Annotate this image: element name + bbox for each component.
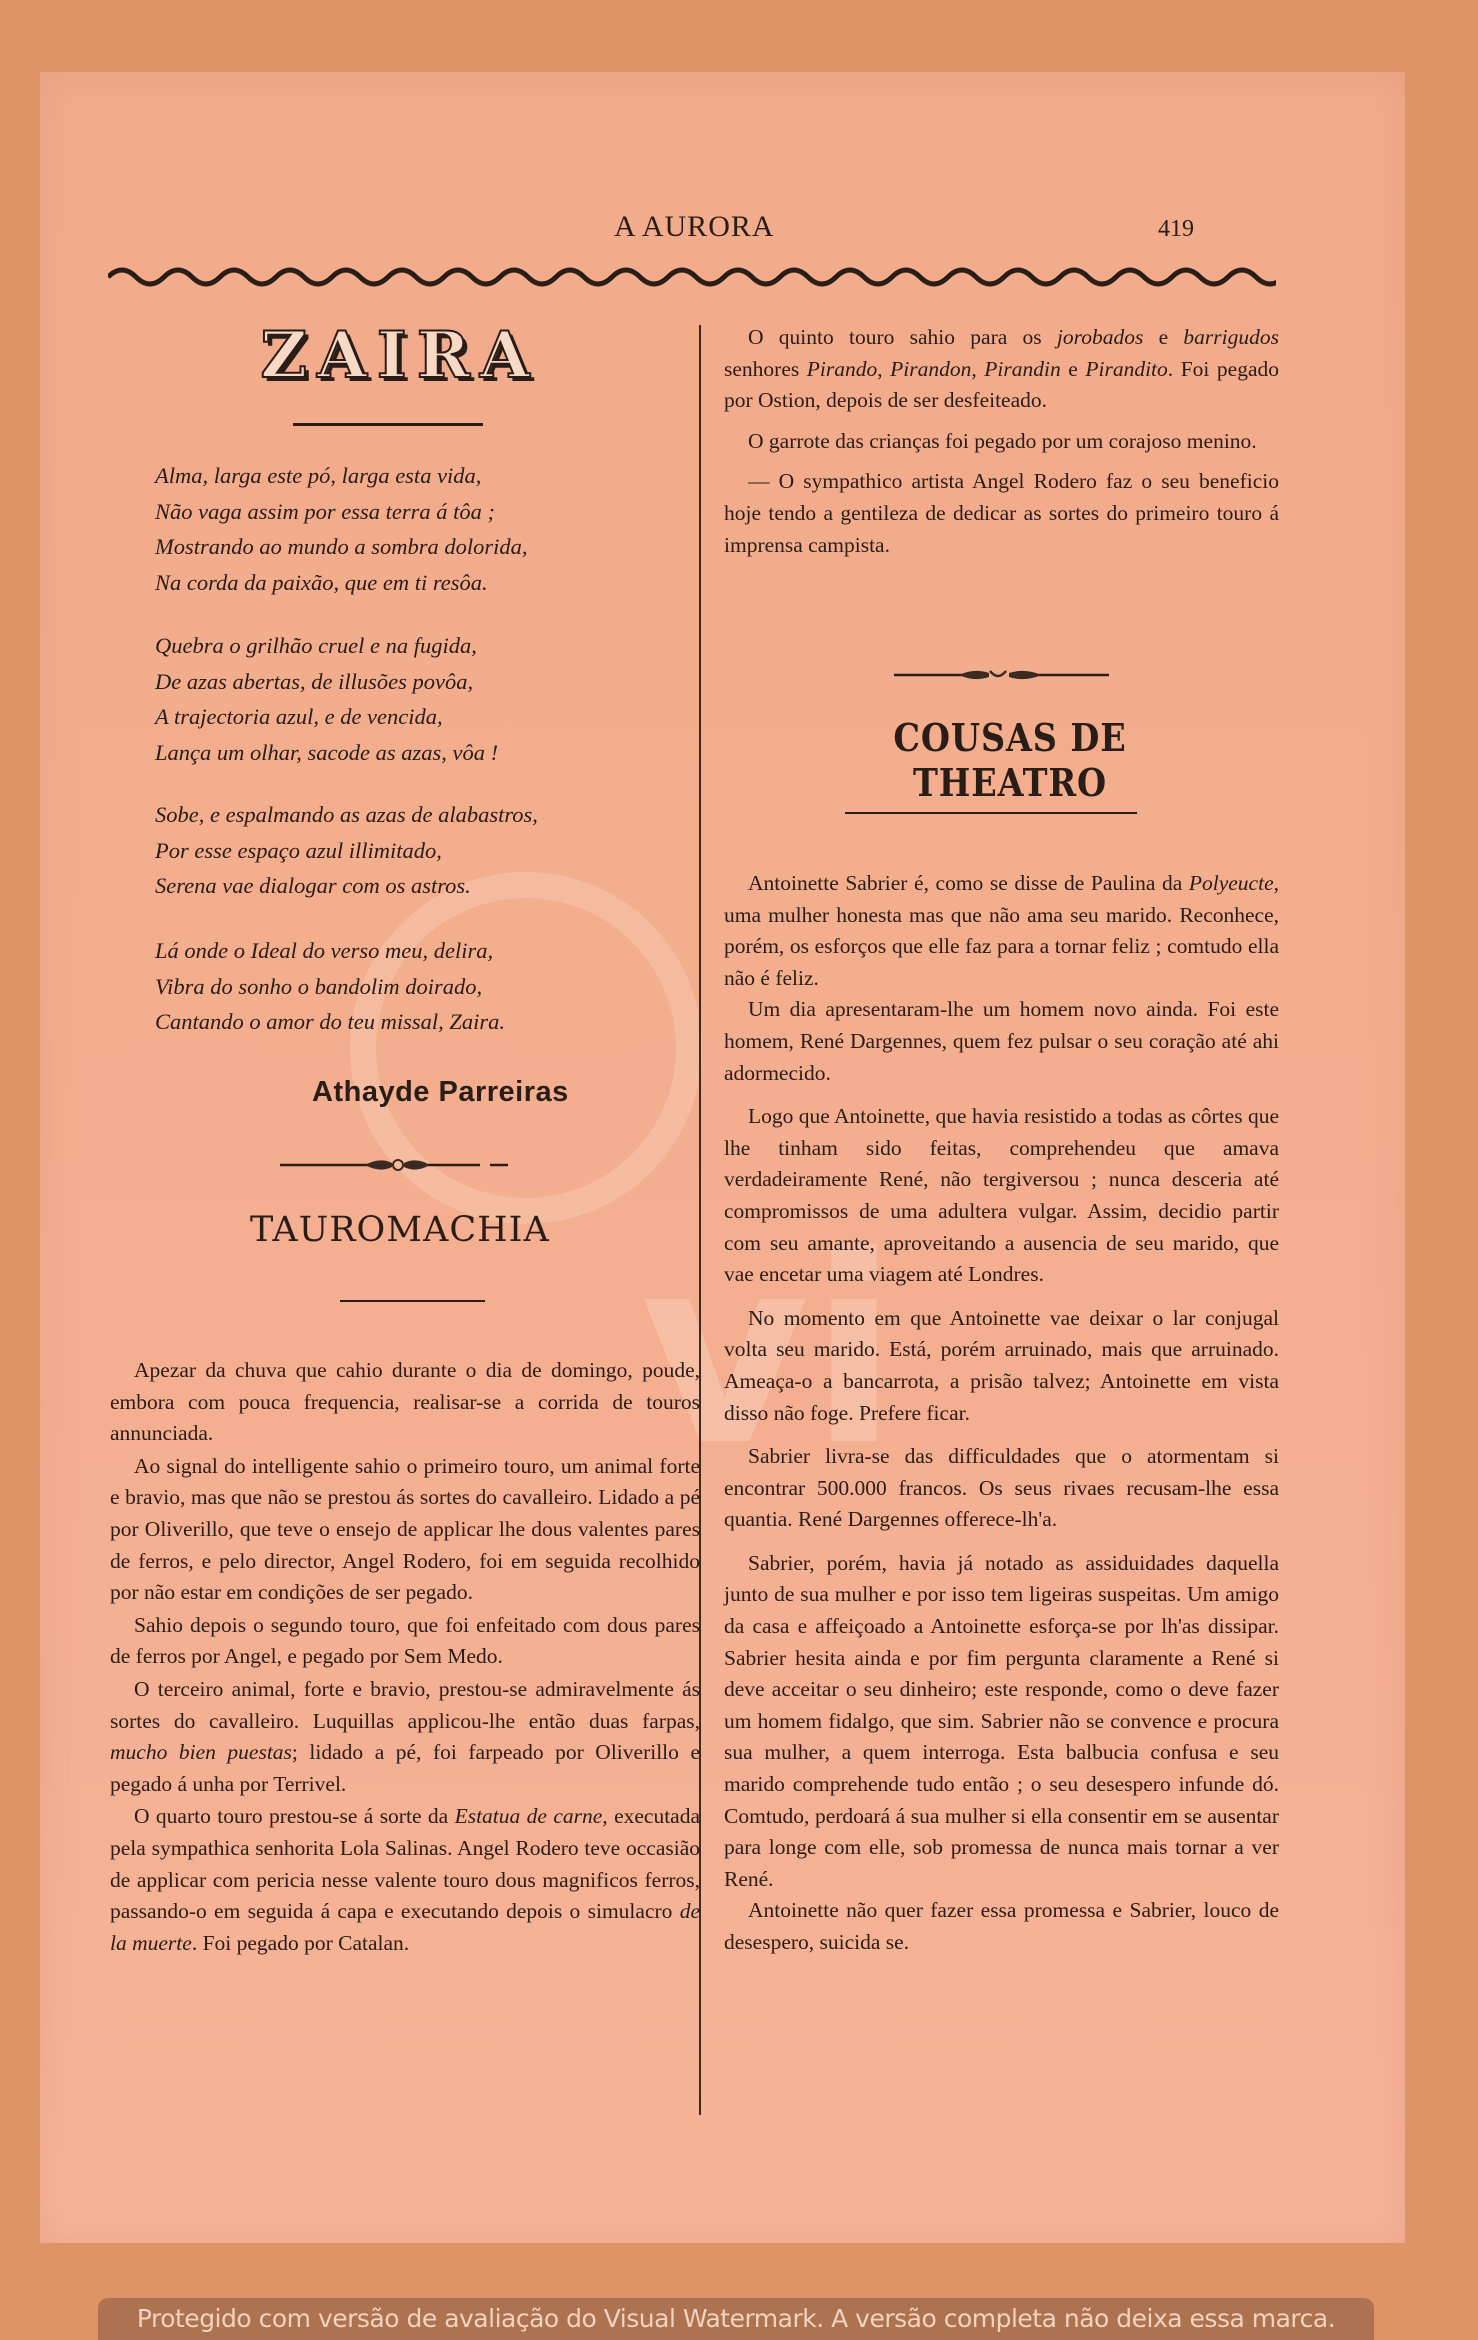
verse: Alma, larga este pó, larga esta vida, (155, 458, 695, 494)
article-body-tauromachia-continued: O quinto touro sahio para os jorobados e… (724, 322, 1279, 561)
text-run: Antoinette Sabrier é, como se disse de P… (748, 871, 1189, 895)
paragraph: Sahio depois o segundo touro, que foi en… (110, 1610, 700, 1673)
text-run: O terceiro animal, forte e bravio, prest… (110, 1677, 700, 1733)
verse: Sobe, e espalmando as azas de alabastros… (155, 797, 695, 833)
article-title-tauromachia: TAUROMACHIA (250, 1210, 570, 1250)
italic-name: Pirando (807, 357, 877, 381)
verse: Vibra do sonho o bandolim doirado, (155, 969, 695, 1005)
paragraph: O quarto touro prestou-se á sorte da Est… (110, 1801, 700, 1959)
article-title-theatro: COUSAS DE THEATRO (812, 715, 1208, 805)
italic-phrase: Polyeucte (1189, 871, 1274, 895)
italic-phrase: barrigudos (1183, 325, 1279, 349)
text-run: e (1143, 325, 1183, 349)
page-number: 419 (1158, 216, 1194, 243)
title-rule (845, 812, 1137, 814)
verse: Quebra o grilhão cruel e na fugida, (155, 628, 695, 664)
italic-name: Pirandito (1085, 357, 1167, 381)
paragraph: O terceiro animal, forte e bravio, prest… (110, 1674, 700, 1800)
text-run: , (877, 357, 890, 381)
title-rule (293, 423, 483, 426)
poem-title: ZAIRA (200, 318, 600, 393)
verse: A trajectoria azul, e de vencida, (155, 699, 695, 735)
verse: Cantando o amor do teu missal, Zaira. (155, 1004, 695, 1040)
text-run: . Foi pegado por Catalan. (192, 1931, 409, 1955)
verse: Não vaga assim por essa terra á tôa ; (155, 494, 695, 530)
paragraph: Ao signal do intelligente sahio o primei… (110, 1451, 700, 1609)
italic-phrase: mucho bien puestas (110, 1740, 292, 1764)
paragraph: Sabrier, porém, havia já notado as assid… (724, 1548, 1279, 1896)
newspaper-page: vi A AURORA 419 ZAIRA Alma, larga este p… (40, 72, 1405, 2243)
text-run: O quarto touro prestou-se á sorte da (134, 1804, 455, 1828)
paragraph: Antoinette Sabrier é, como se disse de P… (724, 868, 1279, 994)
italic-phrase: Estatua de carne (455, 1804, 603, 1828)
poem-stanza-2: Quebra o grilhão cruel e na fugida, De a… (155, 628, 695, 770)
paragraph: Logo que Antoinette, que havia resistido… (724, 1101, 1279, 1291)
paragraph: Antoinette não quer fazer essa promessa … (724, 1895, 1279, 1958)
section-ornament-divider (280, 1155, 510, 1175)
article-body-tauromachia: Apezar da chuva que cahio durante o dia … (110, 1355, 700, 1959)
text-run: e (1061, 357, 1086, 381)
verse: Mostrando ao mundo a sombra dolorida, (155, 529, 695, 565)
wave-divider-ornament (108, 262, 1276, 292)
italic-name: Pirandin (984, 357, 1060, 381)
poem-stanza-3: Sobe, e espalmando as azas de alabastros… (155, 797, 695, 904)
poem-stanza-1: Alma, larga este pó, larga esta vida, Nã… (155, 458, 695, 600)
verse: Serena vae dialogar com os astros. (155, 868, 695, 904)
text-run: senhores (724, 357, 807, 381)
watermark-banner: Protegido com versão de avaliação do Vis… (98, 2298, 1374, 2340)
verse: Na corda da paixão, que em ti resôa. (155, 565, 695, 601)
verse: Lá onde o Ideal do verso meu, delira, (155, 933, 695, 969)
verse: De azas abertas, de illusões povôa, (155, 664, 695, 700)
paragraph: Sabrier livra-se das difficuldades que o… (724, 1441, 1279, 1536)
paragraph: Um dia apresentaram-lhe um homem novo ai… (724, 994, 1279, 1089)
paragraph: — O sympathico artista Angel Rodero faz … (724, 466, 1279, 561)
paragraph: O quinto touro sahio para os jorobados e… (724, 322, 1279, 417)
verse: Lança um olhar, sacode as azas, vôa ! (155, 735, 695, 771)
paragraph: Apezar da chuva que cahio durante o dia … (110, 1355, 700, 1450)
italic-name: Pirandon (890, 357, 971, 381)
verse: Por esse espaço azul illimitado, (155, 833, 695, 869)
article-body-theatro: Antoinette Sabrier é, como se disse de P… (724, 868, 1279, 1959)
poem-stanza-4: Lá onde o Ideal do verso meu, delira, Vi… (155, 933, 695, 1040)
paragraph: O garrote das crianças foi pegado por um… (724, 426, 1279, 458)
title-rule (340, 1300, 485, 1302)
poem-author: Athayde Parreiras (312, 1076, 569, 1109)
italic-phrase: jorobados (1057, 325, 1143, 349)
text-run: O quinto touro sahio para os (748, 325, 1057, 349)
paragraph: No momento em que Antoinette vae deixar … (724, 1303, 1279, 1429)
section-ornament-divider (894, 665, 1109, 685)
running-title: A AURORA (614, 210, 775, 244)
text-run: , (971, 357, 984, 381)
